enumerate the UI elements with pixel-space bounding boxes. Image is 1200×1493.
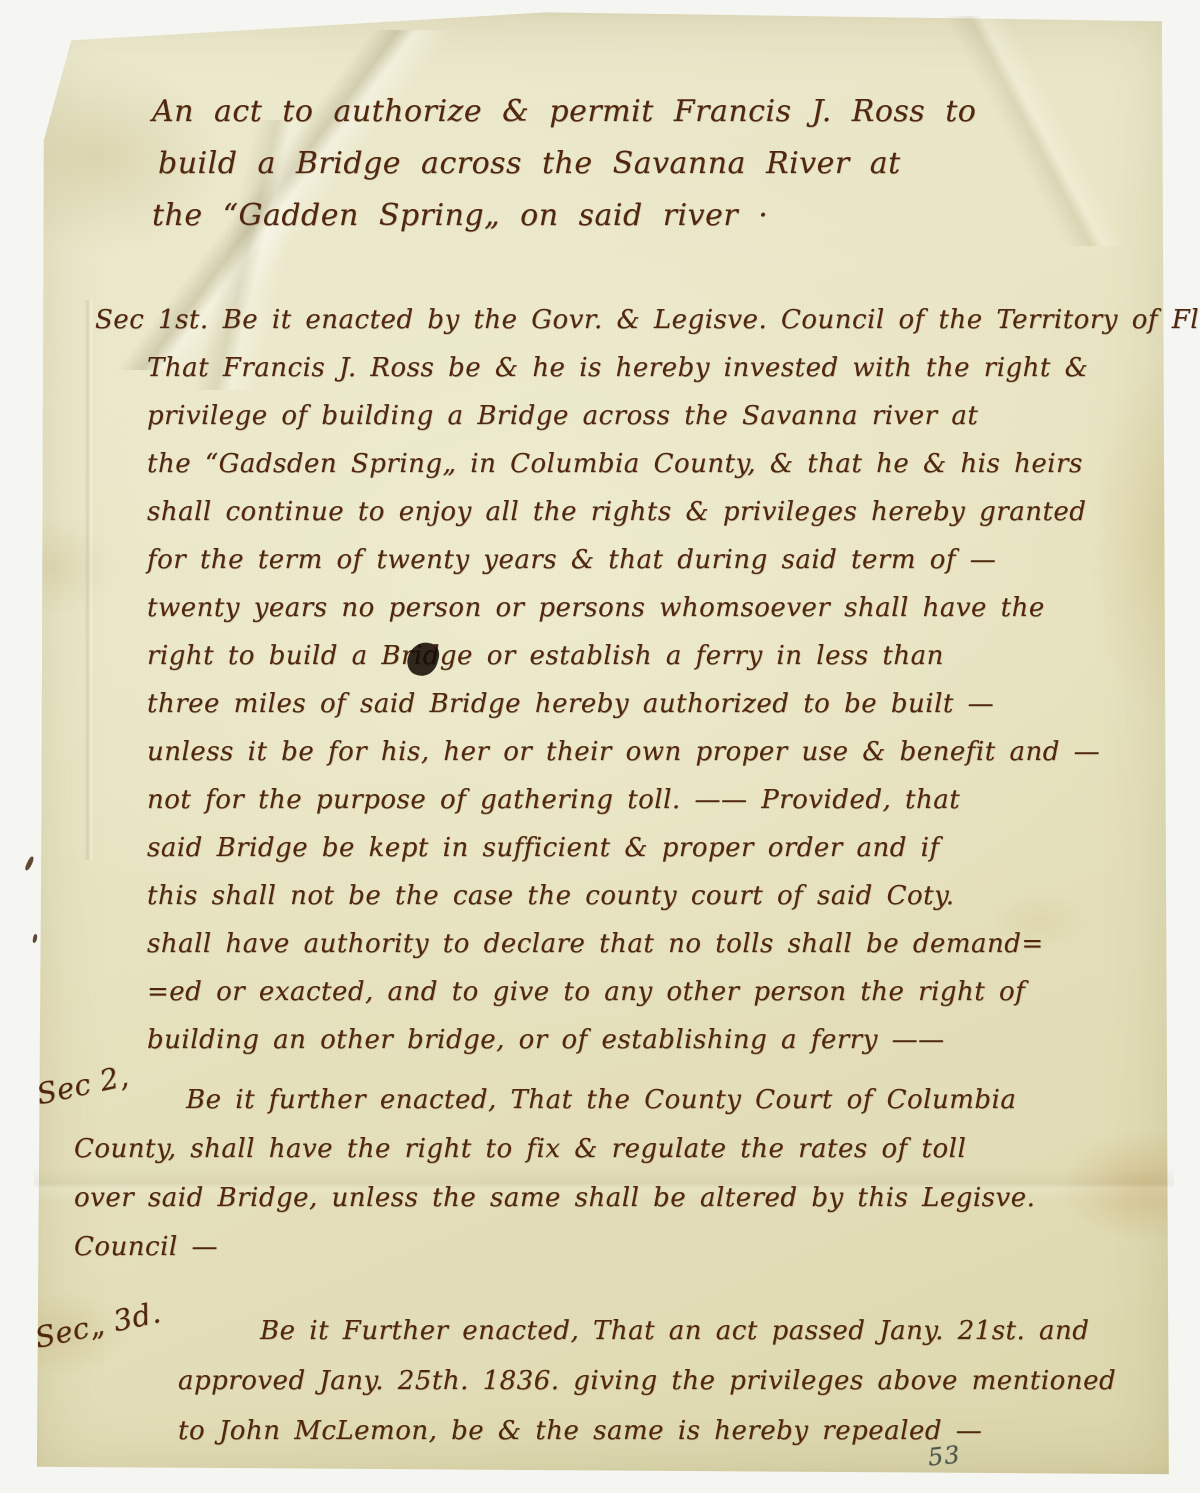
manuscript-line: to John McLemon, be & the same is hereby… (178, 1406, 1178, 1456)
manuscript-line: That Francis J. Ross be & he is hereby i… (95, 344, 1175, 392)
page-number-pencil: 53 (927, 1440, 962, 1471)
manuscript-line: approved Jany. 25th. 1836. giving the pr… (178, 1356, 1178, 1406)
manuscript-line: Sec 1st.Be it enacted by the Govr. & Leg… (95, 296, 1175, 344)
title-line: An act to authorize & permit Francis J. … (152, 86, 976, 138)
manuscript-line: said Bridge be kept in sufficient & prop… (95, 824, 1175, 872)
manuscript-line: Be it Further enacted, That an act passe… (178, 1306, 1178, 1356)
manuscript-line: the “Gadsden Spring„ in Columbia County,… (95, 440, 1175, 488)
manuscript-line: privilege of building a Bridge across th… (95, 392, 1175, 440)
margin-ink-mark (32, 934, 38, 944)
scan-background: { "title": { "lines": [ "An act to autho… (0, 0, 1200, 1493)
margin-ink-mark (24, 856, 35, 872)
section-2-paragraph: Be it further enacted, That the County C… (74, 1076, 1174, 1272)
manuscript-line: shall continue to enjoy all the rights &… (95, 488, 1175, 536)
section-label: Sec 1st. (95, 305, 209, 335)
manuscript-line: right to build a Bridge or establish a f… (95, 632, 1175, 680)
title-line: the “Gadden Spring„ on said river · (152, 190, 976, 242)
manuscript-line: twenty years no person or persons whomso… (95, 584, 1175, 632)
manuscript-line: three miles of said Bridge hereby author… (95, 680, 1175, 728)
manuscript-line: unless it be for his, her or their own p… (95, 728, 1175, 776)
section-3-paragraph: Be it Further enacted, That an act passe… (178, 1306, 1178, 1456)
manuscript-line: =ed or exacted, and to give to any other… (95, 968, 1175, 1016)
manuscript-line: over said Bridge, unless the same shall … (74, 1174, 1174, 1223)
manuscript-line: building an other bridge, or of establis… (95, 1016, 1175, 1064)
manuscript-line: for the term of twenty years & that duri… (95, 536, 1175, 584)
manuscript-line: this shall not be the case the county co… (95, 872, 1175, 920)
title-line: build a Bridge across the Savanna River … (152, 138, 976, 190)
section-1-paragraph: Sec 1st.Be it enacted by the Govr. & Leg… (95, 296, 1175, 1064)
manuscript-line: shall have authority to declare that no … (95, 920, 1175, 968)
manuscript-line: not for the purpose of gathering toll. —… (95, 776, 1175, 824)
manuscript-line: Be it further enacted, That the County C… (74, 1076, 1174, 1125)
manuscript-line: Council — (74, 1223, 1174, 1272)
manuscript-line: County, shall have the right to fix & re… (74, 1125, 1174, 1174)
manuscript-line-text: Be it enacted by the Govr. & Legisve. Co… (223, 305, 1200, 335)
document-title: An act to authorize & permit Francis J. … (152, 86, 976, 242)
